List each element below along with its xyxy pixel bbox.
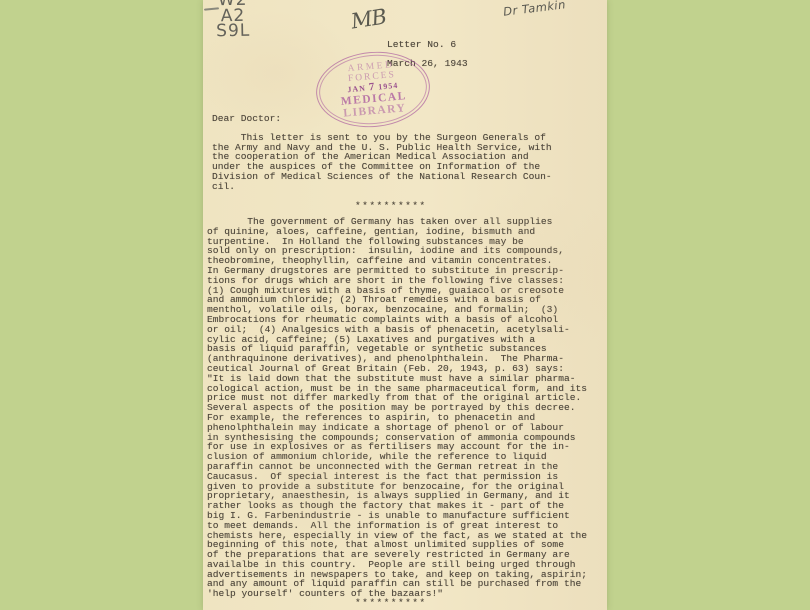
stamp-date-year: 1954 [378, 81, 399, 92]
intro-paragraph: This letter is sent to you by the Surgeo… [212, 133, 552, 191]
monogram-annotation: MB [349, 4, 387, 33]
scanned-letter-screenshot: W2 A2 S9L MB Dr Tamkin Letter No. 6 Marc… [0, 0, 810, 610]
main-paragraph: The government of Germany has taken over… [207, 217, 587, 599]
salutation: Dear Doctor: [212, 113, 281, 124]
stamp-text: ARMED FORCES JAN 7 1954 MEDICAL LIBRARY [318, 53, 427, 127]
letter-paper: W2 A2 S9L MB Dr Tamkin Letter No. 6 Marc… [203, 0, 607, 610]
stamp-date-day: 7 [368, 81, 376, 94]
asterisk-separator-bottom: ********** [355, 597, 427, 608]
asterisk-separator-top: ********** [355, 200, 427, 211]
call-number-annotation: W2 A2 S9L [207, 0, 260, 40]
library-stamp: ARMED FORCES JAN 7 1954 MEDICAL LIBRARY [313, 47, 433, 132]
recipient-handwritten-note: Dr Tamkin [502, 0, 566, 19]
stamp-date-month: JAN [347, 84, 366, 95]
